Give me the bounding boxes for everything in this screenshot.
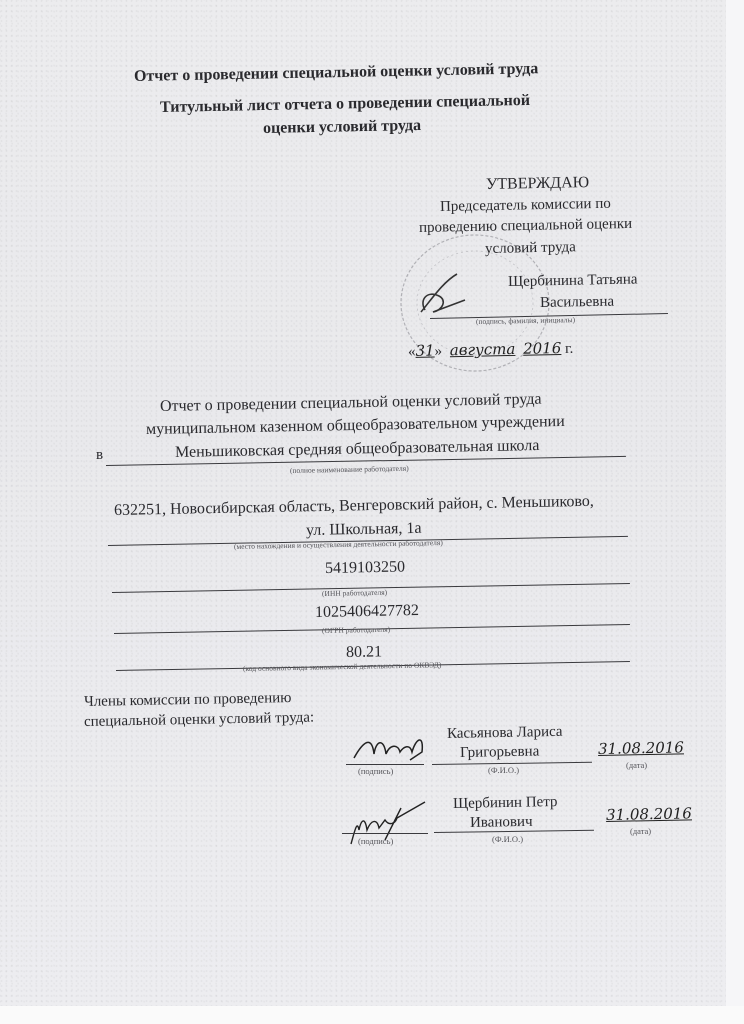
- member2-signature-line: [342, 833, 428, 834]
- member1-date: 31.08.2016: [598, 738, 684, 758]
- member1-signature-line: [346, 764, 424, 765]
- date-suffix: г.: [565, 341, 574, 357]
- member1-date-caption: (дата): [626, 760, 647, 770]
- member2-date-caption: (дата): [630, 826, 651, 836]
- member2-signature-caption: (подпись): [358, 836, 393, 846]
- chairman-name-line2: Васильевна: [540, 294, 614, 312]
- approval-position-line3: условий труда: [485, 239, 576, 258]
- inn-caption: (ИНН работодателя): [322, 588, 387, 598]
- approval-date: «31» августа 2016 г.: [408, 339, 574, 361]
- member1-name-line1: Касьянова Лариса: [447, 724, 563, 743]
- chairman-name-line1: Щербинина Татьяна: [508, 272, 638, 291]
- member1-signature-icon: [350, 730, 430, 766]
- member2-name-line1: Щербинин Петр: [453, 794, 558, 813]
- document-subtitle-line2: оценки условий труда: [263, 117, 421, 138]
- chairman-caption: (подпись, фамилия, инициалы): [476, 315, 575, 326]
- date-day: 31: [415, 341, 434, 359]
- date-year: 2016: [523, 339, 562, 358]
- member2-name-line2: Иванович: [470, 814, 533, 832]
- ogrn-caption: (ОГРН работодателя): [322, 625, 390, 635]
- okved-value: 80.21: [346, 643, 382, 662]
- member1-signature-caption: (подпись): [358, 766, 393, 776]
- approval-position-line1: Председатель комиссии по: [440, 196, 611, 216]
- approval-heading: УТВЕРЖДАЮ: [486, 174, 589, 194]
- member2-date: 31.08.2016: [606, 804, 692, 824]
- scan-edge-bottom: [0, 1006, 744, 1024]
- chairman-signature-icon: [413, 270, 473, 320]
- member1-name-line2: Григорьевна: [460, 743, 540, 762]
- date-close-quote: »: [434, 343, 442, 359]
- inn-value: 5419103250: [325, 558, 405, 578]
- scan-edge-right: [726, 0, 744, 1024]
- ogrn-value: 1025406427782: [315, 602, 419, 622]
- report-prefix: в: [96, 447, 103, 464]
- address-line2: ул. Школьная, 1а: [306, 520, 422, 540]
- date-month: августа: [450, 340, 516, 359]
- member2-name-caption: (Ф.И.О.): [492, 834, 523, 844]
- member1-name-caption: (Ф.И.О.): [488, 765, 519, 775]
